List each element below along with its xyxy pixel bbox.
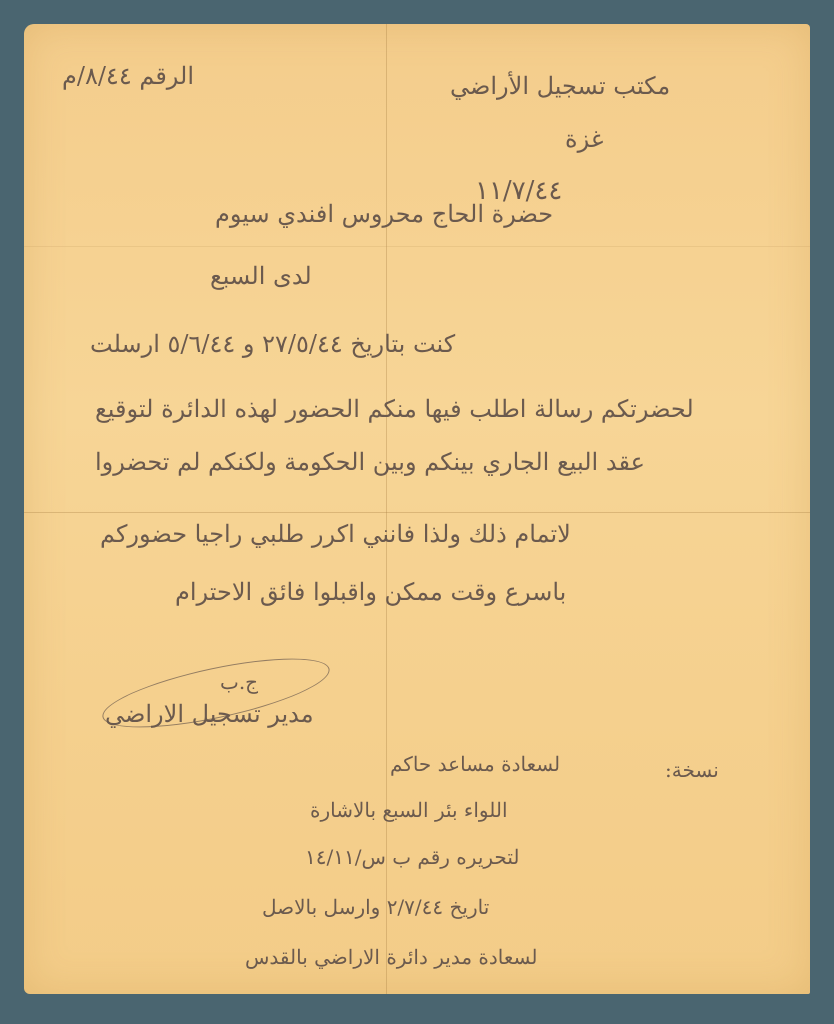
cc-line-4: تاريخ ٢/٧/٤٤ وارسل بالاصل [262,895,489,919]
fold-line-horizontal-upper [24,246,810,247]
signature-name: مدير تسجيل الاراضي [105,700,314,728]
cc-line-5: لسعادة مدير دائرة الاراضي بالقدس [245,945,537,969]
body-line-4: لاتمام ذلك ولذا فانني اكرر طلبي راجيا حض… [100,520,571,548]
cc-line-1: لسعادة مساعد حاكم [390,752,560,776]
body-line-1: كنت بتاريخ ٢٧/٥/٤٤ و ٥/٦/٤٤ ارسلت [90,330,455,358]
body-line-2: لحضرتكم رسالة اطلب فيها منكم الحضور لهذه… [95,395,694,423]
cc-line-2: اللواء بئر السبع بالاشارة [310,798,508,822]
signature-initials: ج.ب [220,670,258,694]
addressee-line-1: حضرة الحاج محروس افندي سيوم [215,200,553,228]
cc-line-3: لتحريره رقم ب س/١٤/١١ [305,845,519,869]
body-line-3: عقد البيع الجاري بينكم وبين الحكومة ولكن… [95,448,645,476]
cc-label: نسخة: [665,758,719,782]
office-name: مكتب تسجيل الأراضي [450,72,670,100]
body-line-5: باسرع وقت ممكن واقبلوا فائق الاحترام [175,578,566,606]
fold-line-horizontal [24,512,810,513]
addressee-line-2: لدى السبع [210,262,312,290]
reference-number: الرقم ٨/٤٤/م [62,62,194,90]
city-name: غزة [565,125,603,153]
